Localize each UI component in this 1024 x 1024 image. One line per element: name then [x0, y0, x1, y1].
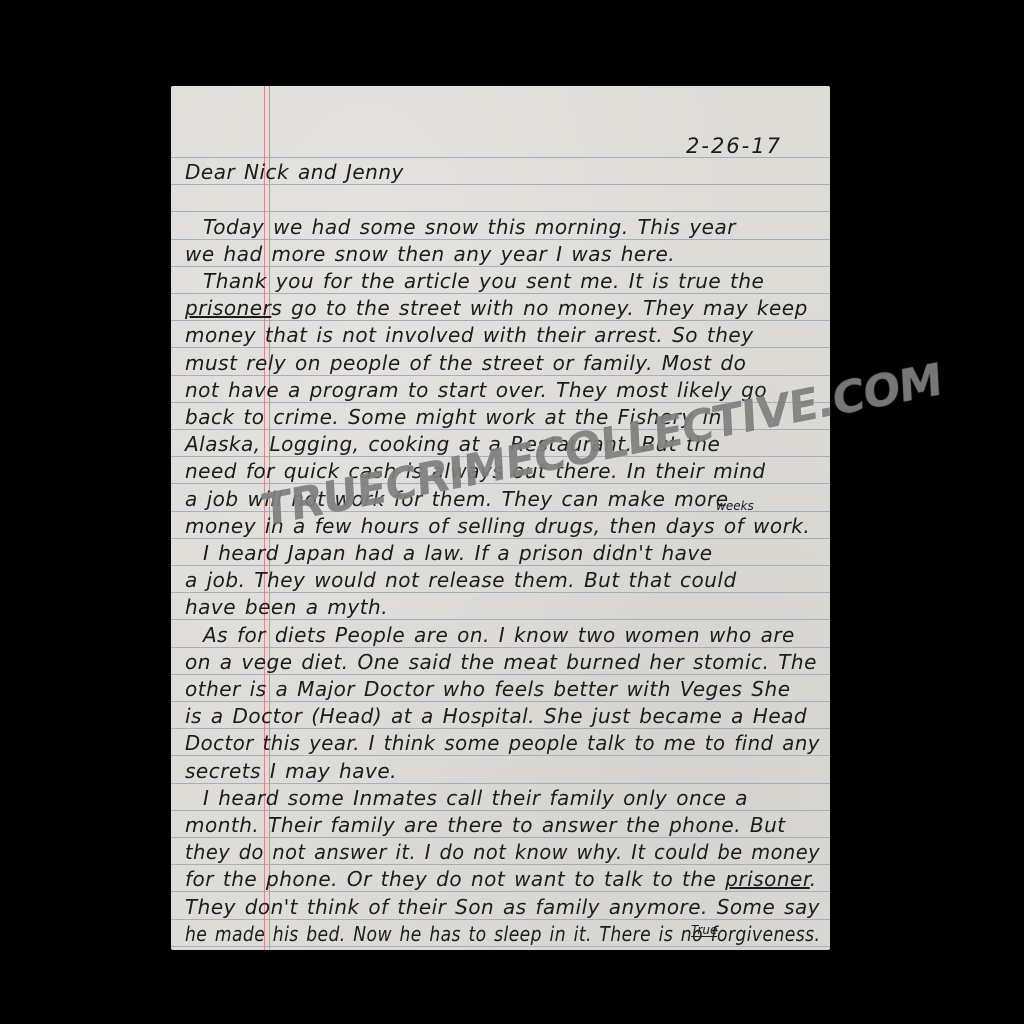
annotation-weeks: weeks: [716, 500, 754, 512]
letter-line: is a Doctor (Head) at a Hospital. She ju…: [185, 703, 820, 730]
annotation-true: True: [691, 924, 717, 937]
letter-line: we had more snow then any year I was her…: [185, 241, 820, 268]
underlined-word: prisoner: [725, 867, 810, 891]
salutation: Dear Nick and Jenny: [185, 159, 820, 186]
letter-line: other is a Major Doctor who feels better…: [185, 676, 820, 703]
letter-line: on a vege diet. One said the meat burned…: [185, 649, 820, 676]
letter-line: month. Their family are there to answer …: [185, 812, 820, 839]
letter-date: 2-26-17: [686, 133, 782, 160]
underlined-word: prisoner: [185, 296, 271, 320]
letter-paper: 2-26-17 Dear Nick and Jenny Today we had…: [171, 86, 830, 950]
letter-line: Thank you for the article you sent me. I…: [185, 268, 820, 295]
letter-line: Alaska, Logging, cooking at a Restaurant…: [185, 431, 820, 458]
letter-line: not have a program to start over. They m…: [185, 377, 820, 404]
letter-line: money in a few hours of selling drugs, t…: [185, 513, 820, 540]
letter-line: money that is not involved with their ar…: [185, 322, 820, 349]
letter-line: Today we had some snow this morning. Thi…: [185, 214, 820, 241]
letter-line: they do not answer it. I do not know why…: [185, 839, 800, 866]
letter-line: must rely on people of the street or fam…: [185, 350, 820, 377]
letter-line: need for quick cash is always out there.…: [185, 458, 820, 485]
letter-line: for the phone. Or they do not want to ta…: [185, 866, 820, 893]
letter-line: have been a myth.: [185, 594, 820, 621]
letter-line: he made his bed. Now he has to sleep in …: [185, 921, 729, 948]
letter-line: They don't think of their Son as family …: [185, 894, 818, 921]
letter-line: prisoners go to the street with no money…: [185, 295, 820, 322]
letter-line: I heard some Inmates call their family o…: [185, 785, 820, 812]
letter-line: I heard Japan had a law. If a prison did…: [185, 540, 820, 567]
letter-line: secrets I may have.: [185, 758, 820, 785]
letter-line: As for diets People are on. I know two w…: [185, 622, 820, 649]
letter-line: a job. They would not release them. But …: [185, 567, 820, 594]
letter-line: back to crime. Some might work at the Fi…: [185, 404, 820, 431]
letter-line: Doctor this year. I think some people ta…: [185, 730, 810, 757]
